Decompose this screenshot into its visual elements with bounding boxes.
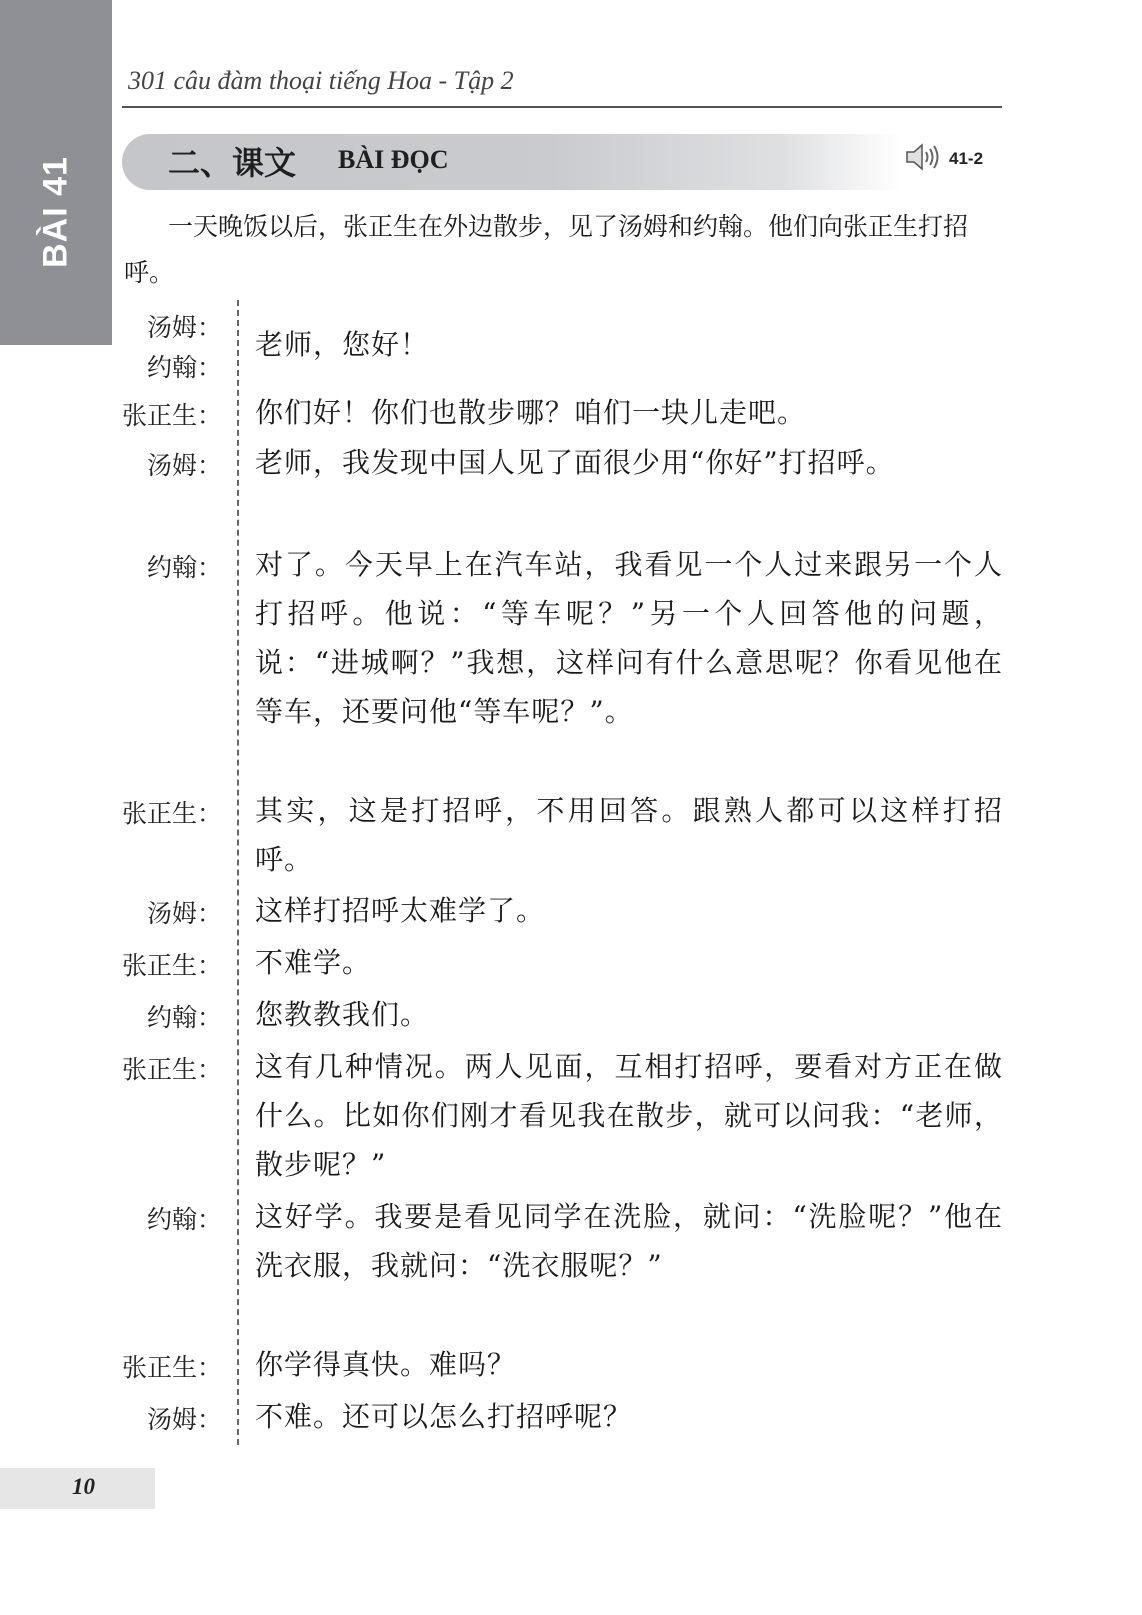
- speaker-label: 约翰：: [147, 998, 222, 1034]
- speech-text: 您教教我们。: [255, 990, 1003, 1039]
- speaker-label: 汤姆：: [147, 1400, 222, 1436]
- book-title: 301 câu đàm thoại tiếng Hoa - Tập 2: [128, 66, 514, 96]
- speech-text: 这好学。我要是看见同学在洗脸，就问：“洗脸呢？”他在洗衣服，我就问：“洗衣服呢？…: [255, 1192, 1003, 1290]
- speaker-label: 汤姆：: [147, 894, 222, 930]
- lesson-side-tab: BÀI 41: [0, 0, 112, 345]
- section-title-chinese: 二、课文: [168, 138, 296, 184]
- speech-text: 这有几种情况。两人见面，互相打招呼，要看对方正在做什么。比如你们刚才看见我在散步…: [255, 1042, 1003, 1189]
- page-number: 10: [72, 1474, 95, 1500]
- speech-text: 你们好！你们也散步哪？咱们一块儿走吧。: [255, 388, 1003, 437]
- speaker-label: 张正生：: [122, 1050, 222, 1086]
- audio-track-number: 41-2: [949, 149, 983, 169]
- speech-text: 对了。今天早上在汽车站，我看见一个人过来跟另一个人打招呼。他说：“等车呢？”另一…: [255, 540, 1003, 736]
- audio-track[interactable]: 41-2: [905, 142, 983, 176]
- section-title-vietnamese: BÀI ĐỌC: [338, 145, 449, 175]
- speaker-icon: [905, 142, 943, 176]
- speech-text: 老师，您好！: [255, 320, 1003, 369]
- speech-text: 你学得真快。难吗？: [255, 1340, 1003, 1389]
- lesson-label: BÀI 41: [37, 156, 76, 268]
- intro-paragraph: 一天晚饭以后，张正生在外边散步，见了汤姆和约翰。他们向张正生打招呼。: [124, 204, 1004, 296]
- speaker-label: 汤姆：: [147, 308, 222, 344]
- speech-text: 不难学。: [255, 938, 1003, 987]
- speaker-label: 张正生：: [122, 396, 222, 432]
- speaker-label: 张正生：: [122, 1348, 222, 1384]
- speaker-label: 约翰：: [147, 348, 222, 384]
- speech-text: 老师，我发现中国人见了面很少用“你好”打招呼。: [255, 438, 1003, 487]
- speaker-label: 约翰：: [147, 548, 222, 584]
- speech-text: 不难。还可以怎么打招呼呢？: [255, 1392, 1003, 1441]
- speaker-label: 张正生：: [122, 946, 222, 982]
- speaker-label: 张正生：: [122, 794, 222, 830]
- speech-text: 这样打招呼太难学了。: [255, 886, 1003, 935]
- header-divider: [122, 106, 1002, 108]
- speaker-label: 汤姆：: [147, 446, 222, 482]
- speech-text: 其实，这是打招呼，不用回答。跟熟人都可以这样打招呼。: [255, 786, 1003, 884]
- speaker-label: 约翰：: [147, 1200, 222, 1236]
- dialogue-divider: [237, 300, 239, 1445]
